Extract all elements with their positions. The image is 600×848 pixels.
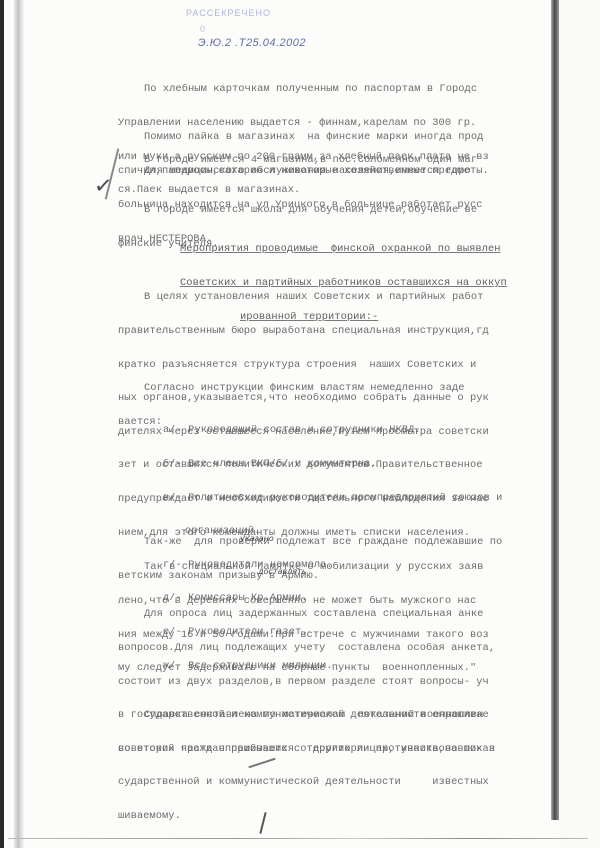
text-line: Согласно инструкции финским властям неме… <box>118 383 551 394</box>
scanned-document-page: РАССЕКРЕЧЕНО 0 Э.Ю.2 .Т25.04.2002 ✓ По х… <box>0 0 600 848</box>
text-line: Так в специальной памятке о мобилизации … <box>118 562 551 573</box>
list-marker: в/- <box>163 493 182 504</box>
archive-reference: Э.Ю.2 .Т25.04.2002 <box>198 37 306 49</box>
text-line: Для медицинского обслуживания населения,… <box>118 166 551 177</box>
list-marker: а/- <box>163 425 182 436</box>
list-text: Все члены ВКП/б/ и коминтерна. <box>188 459 377 470</box>
text-line: правительственным бюро выработана специа… <box>118 326 551 337</box>
scan-right-margin <box>559 0 600 848</box>
text-line: В целях установления наших Советских и п… <box>118 292 551 303</box>
list-marker: б/- <box>163 459 182 470</box>
text-line: сударственной и коммунистической деятель… <box>118 777 551 788</box>
stamp-number: 0 <box>200 24 205 34</box>
checkmark-icon: ✓ <box>93 173 114 200</box>
list-text: Руководящий состав и сотрудники НКВД. <box>188 425 421 436</box>
heading-line: Мероприятия проводимые финской охранкой … <box>180 244 551 255</box>
list-item: б/- Все члены ВКП/б/ и коминтерна. <box>125 459 551 470</box>
list-item: в/- Политические руководители промпредпр… <box>125 493 551 504</box>
scan-left-shadow <box>14 0 24 848</box>
declassification-stamp: РАССЕКРЕЧЕНО <box>186 8 271 18</box>
text-line: В городе имеется школа для обучения дете… <box>118 205 551 216</box>
text-line: По хлебным карточкам полученным по паспо… <box>118 84 551 95</box>
text-line: шиваемому. <box>118 811 551 822</box>
list-text: Политические руководители промпредприяти… <box>188 493 502 504</box>
text-line: состоит из двух разделов,в первом раздел… <box>118 677 551 688</box>
text-line: Справка составлена по материалам показан… <box>118 710 551 721</box>
text-line: советских граждан прибывших с территории… <box>118 744 551 755</box>
scan-left-edge <box>0 0 4 848</box>
text-line: Для опроса лиц задержанных составлена сп… <box>118 609 551 620</box>
paragraph-reference: Справка составлена по материалам показан… <box>118 688 551 778</box>
scan-right-edge <box>551 0 559 820</box>
text-line: вопросов.Для лиц подлежащих учету состав… <box>118 643 551 654</box>
list-item: а/- Руководящий состав и сотрудники НКВД… <box>125 425 551 436</box>
